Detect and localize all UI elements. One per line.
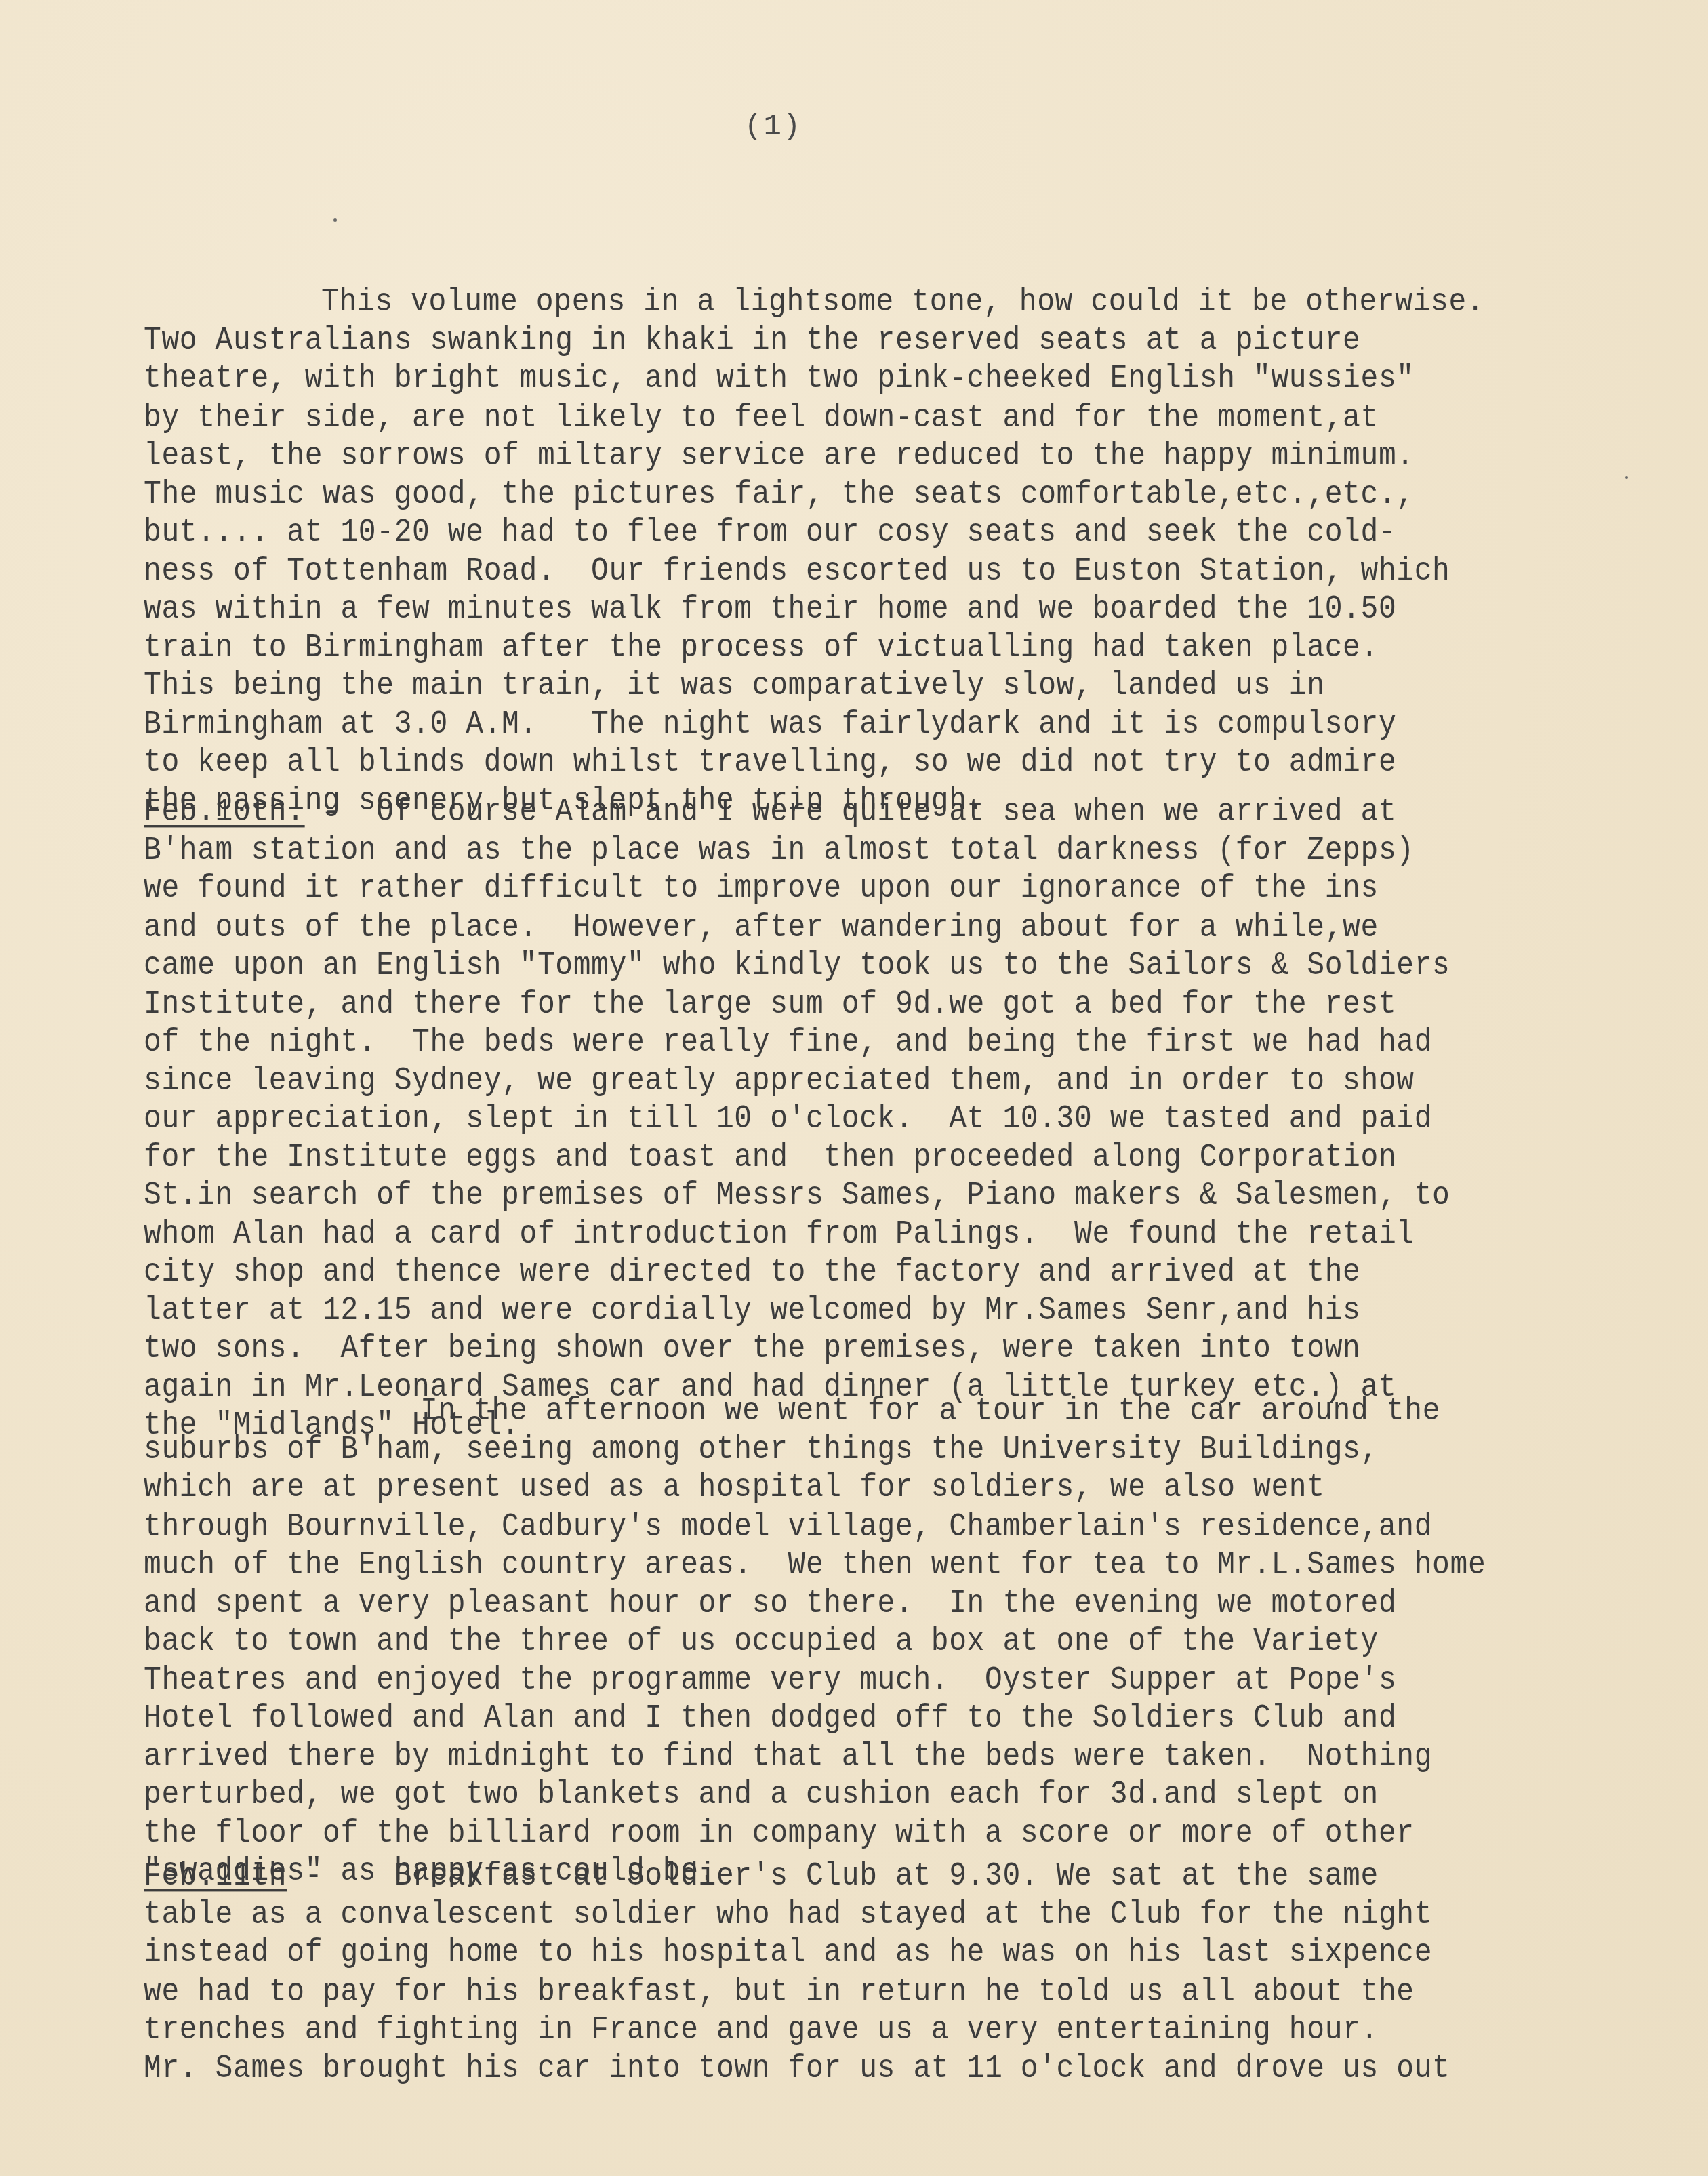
text-line: for the Institute eggs and toast and the… xyxy=(144,1138,1662,1177)
text-fragment: - Breakfast at Soldier's Club at 9.30. W… xyxy=(287,1857,1379,1895)
text-line: suburbs of B'ham, seeing among other thi… xyxy=(144,1431,1662,1470)
text-line: was within a few minutes walk from their… xyxy=(144,590,1662,628)
text-line: we had to pay for his breakfast, but in … xyxy=(144,1973,1662,2011)
text-line: The music was good, the pictures fair, t… xyxy=(144,475,1662,514)
text-line: and outs of the place. However, after wa… xyxy=(144,908,1662,947)
page-number: (1) xyxy=(744,110,802,144)
text-line: but.... at 10-20 we had to flee from our… xyxy=(144,513,1662,552)
text-line: which are at present used as a hospital … xyxy=(144,1469,1662,1508)
entry-feb-10th: Feb.10th. - Of course Alam and I were qu… xyxy=(144,793,1662,1445)
text-line: through Bournville, Cadbury's model vill… xyxy=(144,1508,1662,1546)
text-line: Mr. Sames brought his car into town for … xyxy=(144,2049,1662,2088)
entry-feb-11th: Feb.11th - Breakfast at Soldier's Club a… xyxy=(144,1857,1662,2087)
text-fragment: - Of course Alam and I were quite at sea… xyxy=(305,793,1397,830)
text-line: since leaving Sydney, we greatly appreci… xyxy=(144,1062,1662,1100)
text-line: Birmingham at 3.0 A.M. The night was fai… xyxy=(144,705,1662,744)
paragraph-intro: This volume opens in a lightsome tone, h… xyxy=(144,283,1662,820)
entry-date: Feb.11th xyxy=(144,1857,287,1895)
text-line: much of the English country areas. We th… xyxy=(144,1546,1662,1584)
text-line: to keep all blinds down whilst travellin… xyxy=(144,744,1662,782)
text-line: we found it rather difficult to improve … xyxy=(144,870,1662,908)
text-line: Hotel followed and Alan and I then dodge… xyxy=(144,1699,1662,1737)
entry-first-line: Feb.10th. - Of course Alam and I were qu… xyxy=(144,793,1662,832)
text-line: by their side, are not likely to feel do… xyxy=(144,399,1662,437)
text-line: perturbed, we got two blankets and a cus… xyxy=(144,1776,1662,1815)
text-line: Institute, and there for the large sum o… xyxy=(144,985,1662,1024)
text-line: of the night. The beds were really fine,… xyxy=(144,1023,1662,1062)
text-line: least, the sorrows of miltary service ar… xyxy=(144,437,1662,475)
text-line: latter at 12.15 and were cordially welco… xyxy=(144,1291,1662,1330)
text-line: trenches and fighting in France and gave… xyxy=(144,2011,1662,2049)
text-line: our appreciation, slept in till 10 o'clo… xyxy=(144,1100,1662,1138)
paragraph-afternoon: In the afternoon we went for a tour in t… xyxy=(144,1392,1662,1891)
text-line: Two Australians swanking in khaki in the… xyxy=(144,322,1662,361)
text-line: ness of Tottenham Road. Our friends esco… xyxy=(144,552,1662,590)
entry-date: Feb.10th. xyxy=(144,793,305,830)
text-line: B'ham station and as the place was in al… xyxy=(144,832,1662,870)
text-line: two sons. After being shown over the pre… xyxy=(144,1330,1662,1369)
text-line: theatre, with bright music, and with two… xyxy=(144,360,1662,399)
text-line: arrived there by midnight to find that a… xyxy=(144,1737,1662,1776)
text-line: city shop and thence were directed to th… xyxy=(144,1253,1662,1292)
text-line: table as a convalescent soldier who had … xyxy=(144,1896,1662,1935)
text-line: This volume opens in a lightsome tone, h… xyxy=(144,283,1662,322)
text-line: train to Birmingham after the process of… xyxy=(144,628,1662,667)
text-line: This being the main train, it was compar… xyxy=(144,667,1662,706)
text-line: whom Alan had a card of introduction fro… xyxy=(144,1215,1662,1253)
text-line: came upon an English "Tommy" who kindly … xyxy=(144,946,1662,985)
entry-first-line: Feb.11th - Breakfast at Soldier's Club a… xyxy=(144,1857,1662,1896)
text-line: the floor of the billiard room in compan… xyxy=(144,1814,1662,1853)
text-line: St.in search of the premises of Messrs S… xyxy=(144,1177,1662,1215)
text-line: Theatres and enjoyed the programme very … xyxy=(144,1661,1662,1699)
text-line: back to town and the three of us occupie… xyxy=(144,1622,1662,1661)
text-line: In the afternoon we went for a tour in t… xyxy=(144,1392,1662,1431)
text-line: instead of going home to his hospital an… xyxy=(144,1934,1662,1973)
ink-speck xyxy=(333,218,337,222)
text-line: and spent a very pleasant hour or so the… xyxy=(144,1584,1662,1623)
